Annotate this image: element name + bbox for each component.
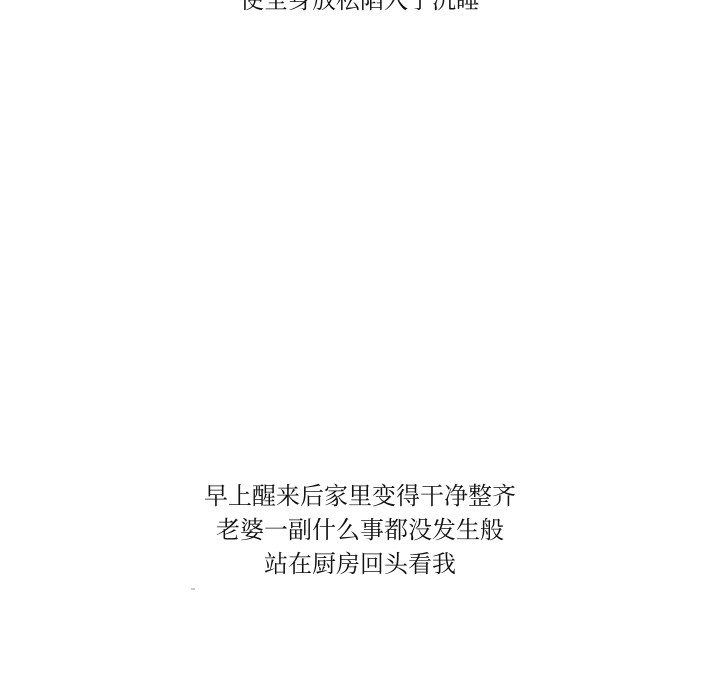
caption-line-1: 早上醒来后家里变得干净整齐 <box>0 482 720 510</box>
artifact-mark <box>191 588 195 590</box>
caption-line-2: 老婆一副什么事都没发生般 <box>0 516 720 544</box>
caption-line-3: 站在厨房回头看我 <box>0 550 720 578</box>
caption-top-cropped: 使全身放松陷入了沉睡 <box>0 0 720 14</box>
